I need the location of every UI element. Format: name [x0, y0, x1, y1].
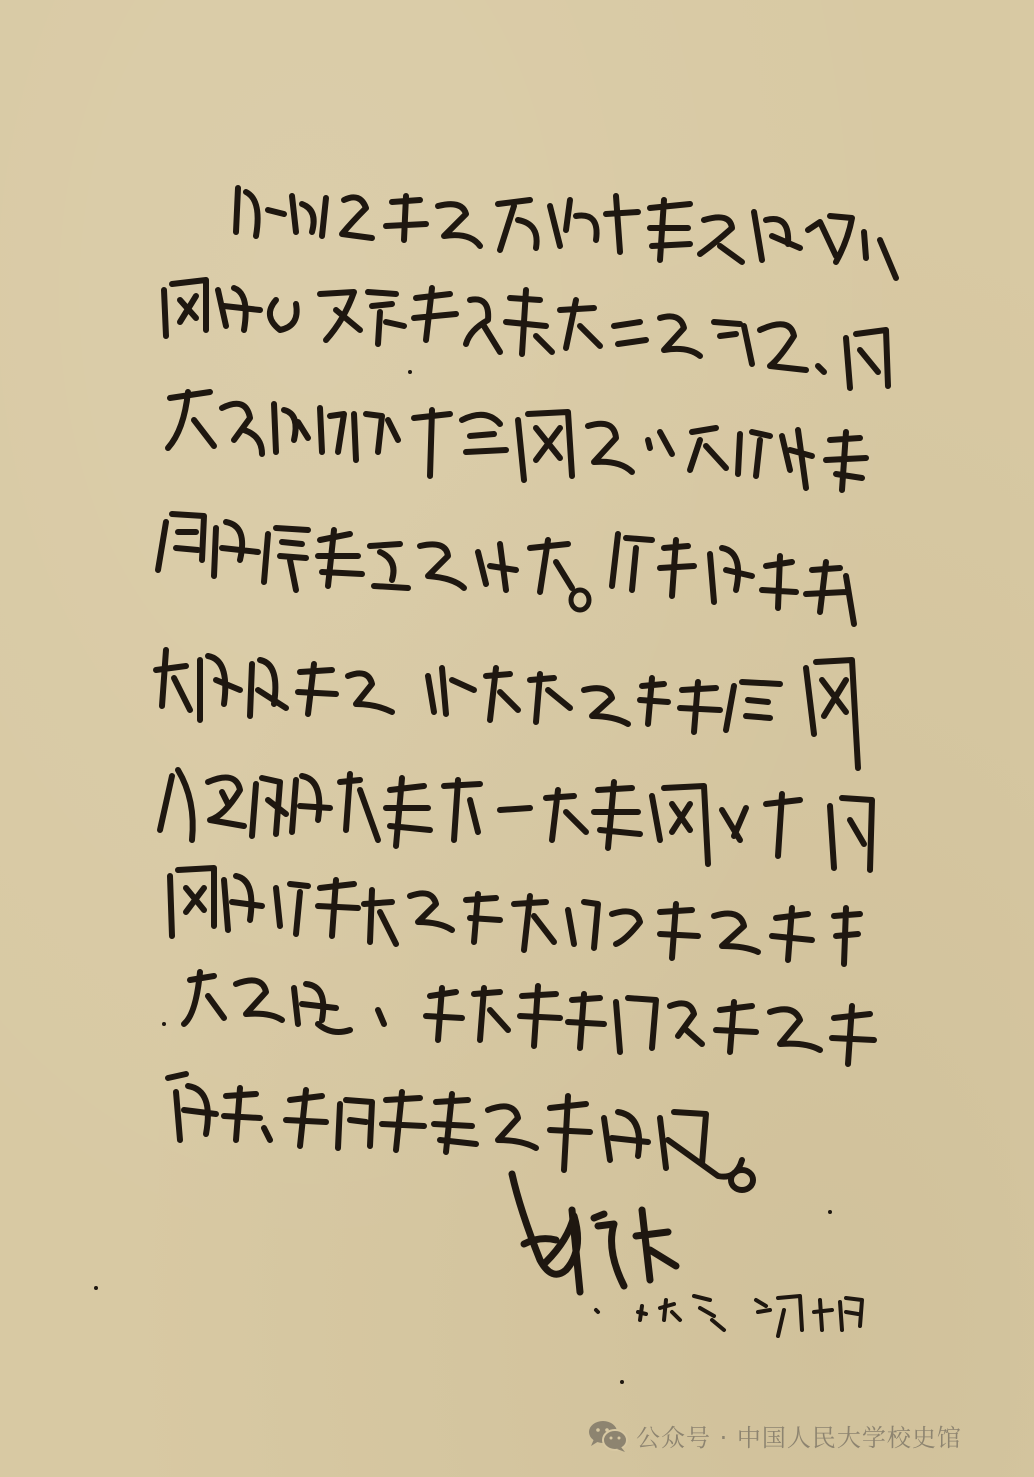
handwriting-strokes: [0, 0, 1034, 1477]
date-line: [596, 1296, 862, 1336]
handwritten-line-1: [236, 188, 896, 278]
handwritten-line-6: [160, 770, 872, 870]
handwritten-line-8: [184, 972, 874, 1064]
letter-paper: handwritten letter: [0, 0, 1034, 1477]
handwritten-line-9: [168, 1074, 753, 1190]
watermark-text: 公众号 · 中国人民大学校史馆: [636, 1418, 962, 1453]
watermark: 公众号 · 中国人民大学校史馆: [588, 1418, 962, 1453]
signature: [512, 1174, 676, 1292]
wechat-icon: [588, 1419, 628, 1453]
handwritten-line-3: [168, 392, 866, 490]
handwritten-line-2: [164, 280, 888, 388]
handwritten-line-7: [170, 868, 860, 964]
handwritten-line-5: [156, 650, 858, 768]
handwritten-line-4: [158, 514, 854, 624]
